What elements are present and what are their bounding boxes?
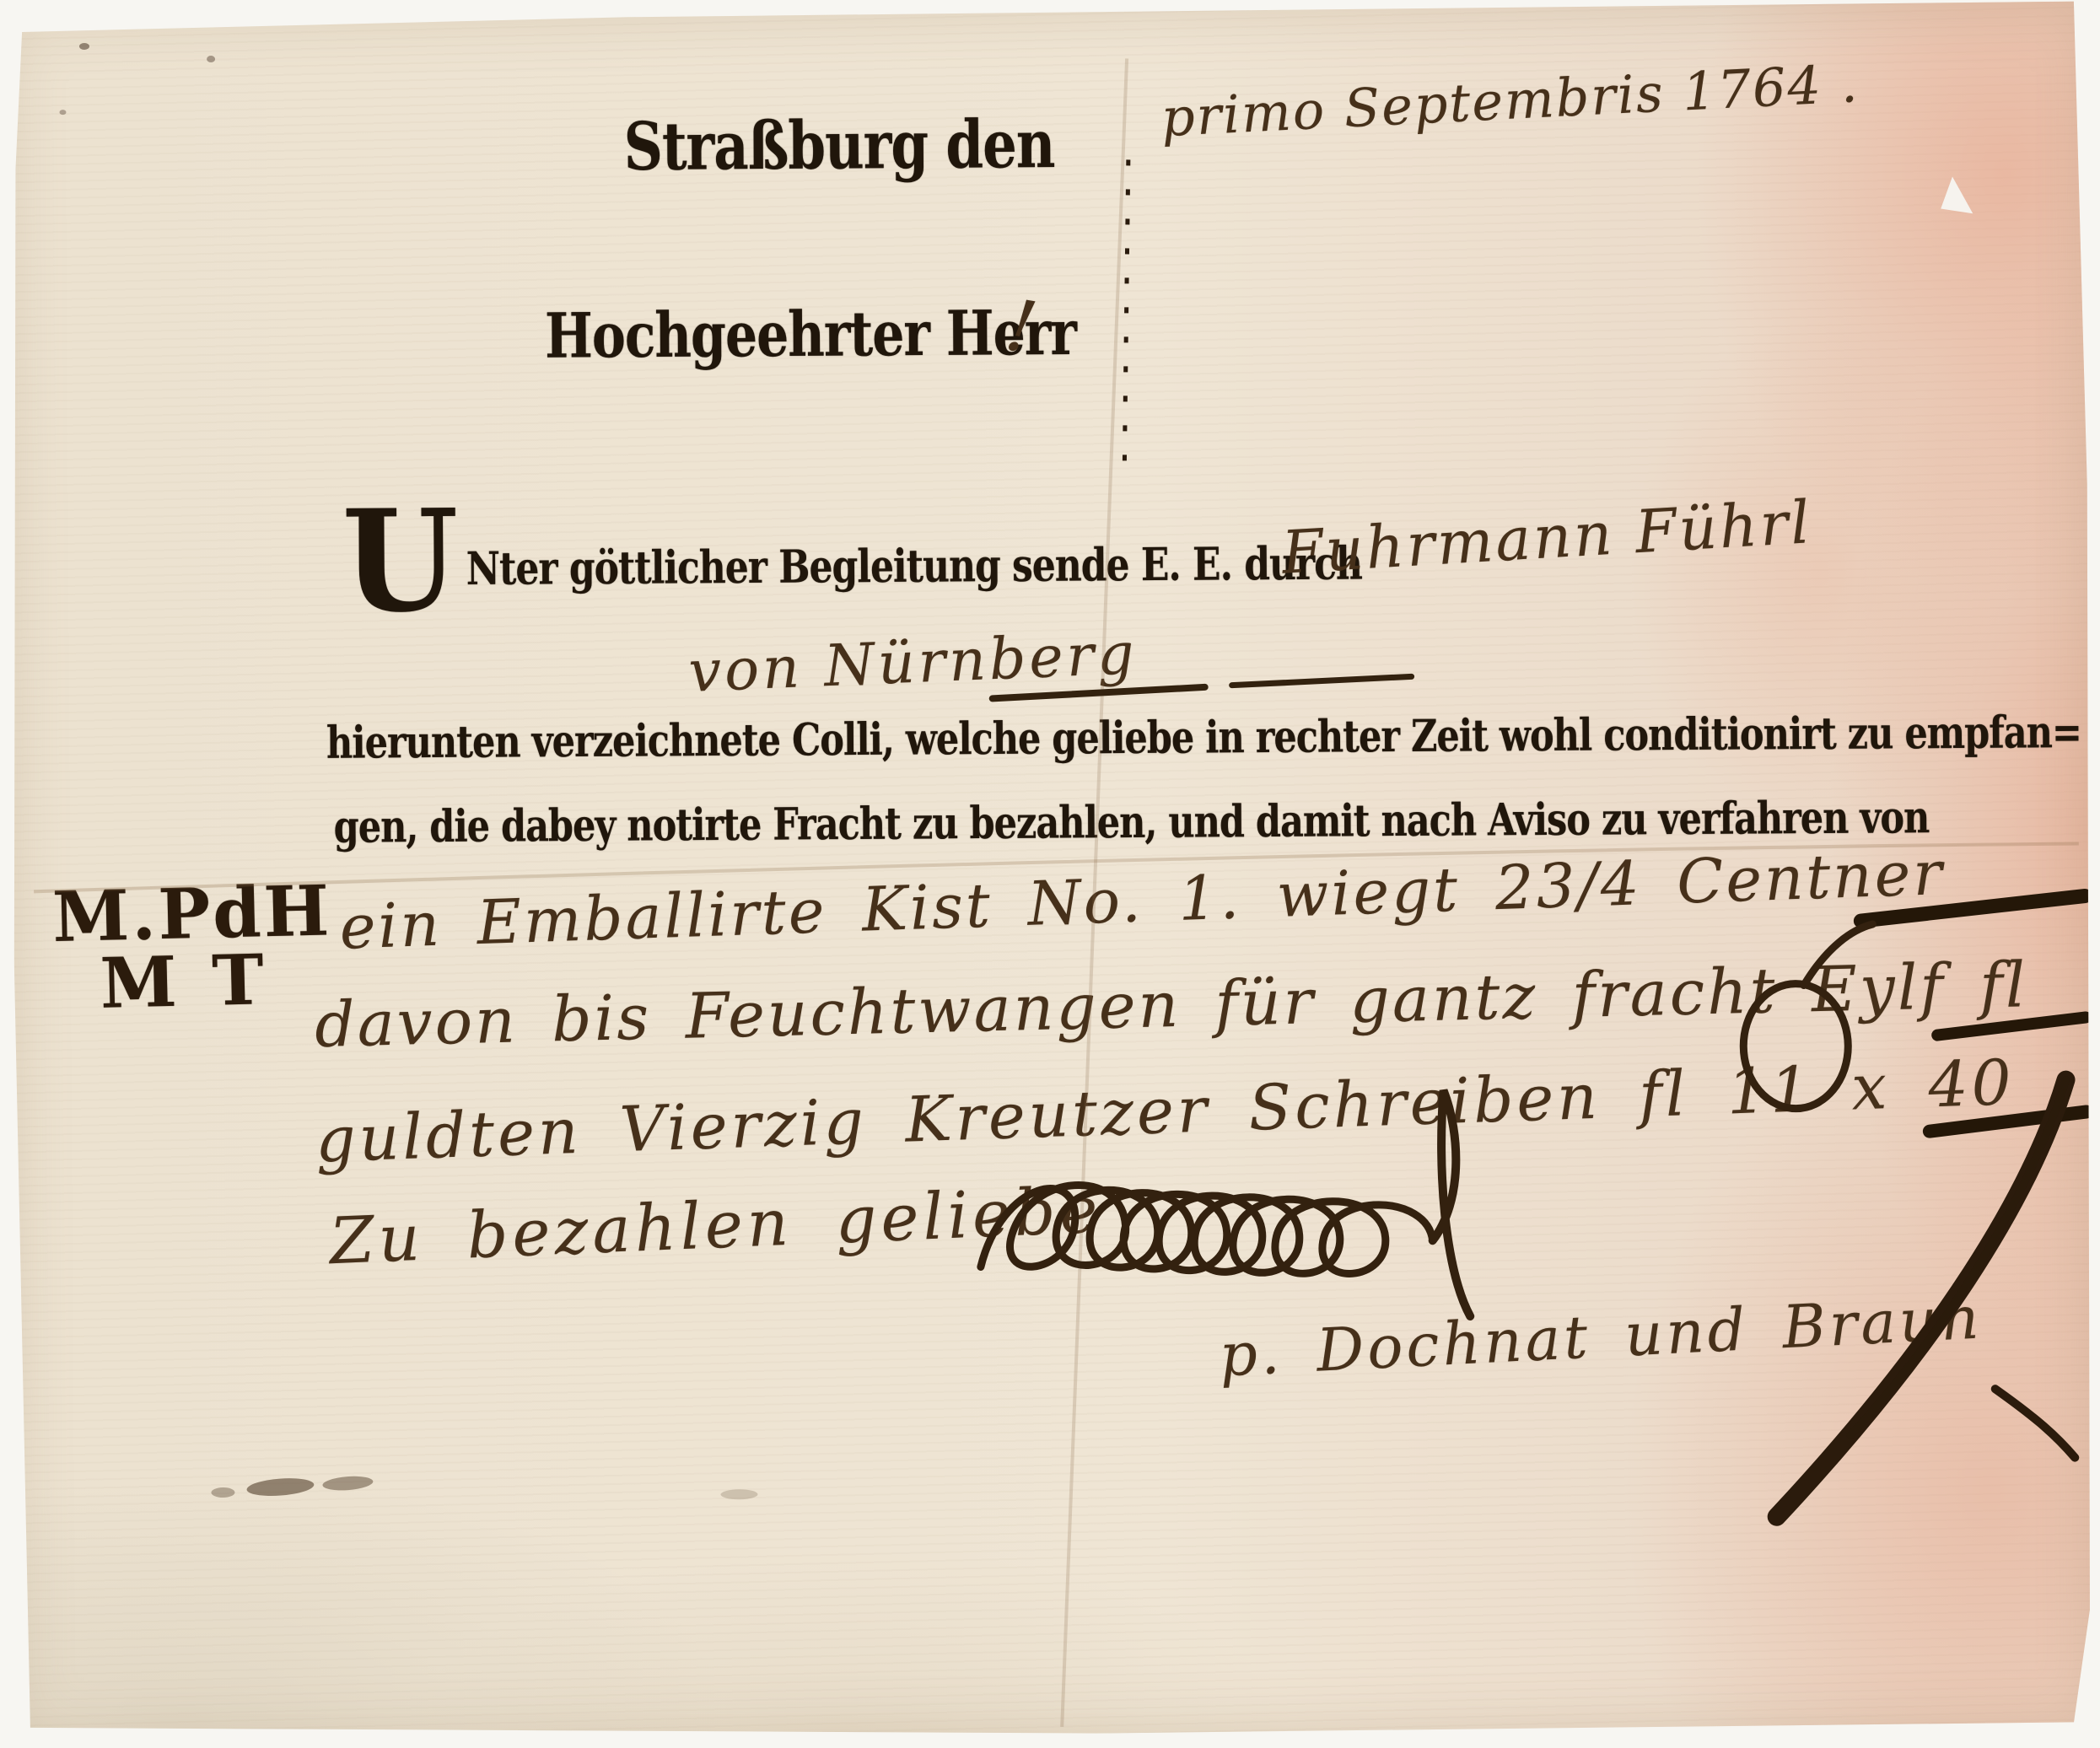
signature-paraph-stem bbox=[1432, 1090, 1471, 1316]
ink-strokes-overlay bbox=[3, 0, 2097, 1743]
amount-dash-stroke-2 bbox=[1937, 1018, 2086, 1035]
speck-3 bbox=[59, 110, 66, 115]
amount-dash-stroke-1 bbox=[1860, 896, 2085, 922]
fl-ligature-tail bbox=[1803, 924, 1872, 985]
fl-ligature-loop bbox=[1743, 983, 1849, 1109]
signature-paraph-loops bbox=[980, 1183, 1433, 1276]
origin-dash-stroke-2 bbox=[1232, 676, 1412, 685]
speck-2 bbox=[207, 56, 215, 62]
vertical-fold-crease bbox=[1052, 58, 1137, 1727]
horizontal-fold-crease bbox=[34, 844, 2079, 892]
closing-diagonal-stroke bbox=[1774, 1080, 2069, 1517]
fold-stitch-dots bbox=[1123, 159, 1130, 478]
ink-stain-1 bbox=[246, 1476, 315, 1498]
paper-sheet: Straßburg den primo Septembris 1764 . Ho… bbox=[3, 0, 2097, 1743]
speck-1 bbox=[79, 43, 89, 50]
origin-dash-stroke-1 bbox=[993, 687, 1205, 699]
paper-notch-flaw bbox=[1941, 176, 1973, 213]
signature-tail-stroke bbox=[1995, 1389, 2075, 1459]
scanned-document: Straßburg den primo Septembris 1764 . Ho… bbox=[0, 0, 2100, 1748]
ink-stain-4 bbox=[720, 1489, 757, 1499]
ink-stain-3 bbox=[211, 1487, 234, 1498]
ink-stain-2 bbox=[322, 1475, 374, 1493]
